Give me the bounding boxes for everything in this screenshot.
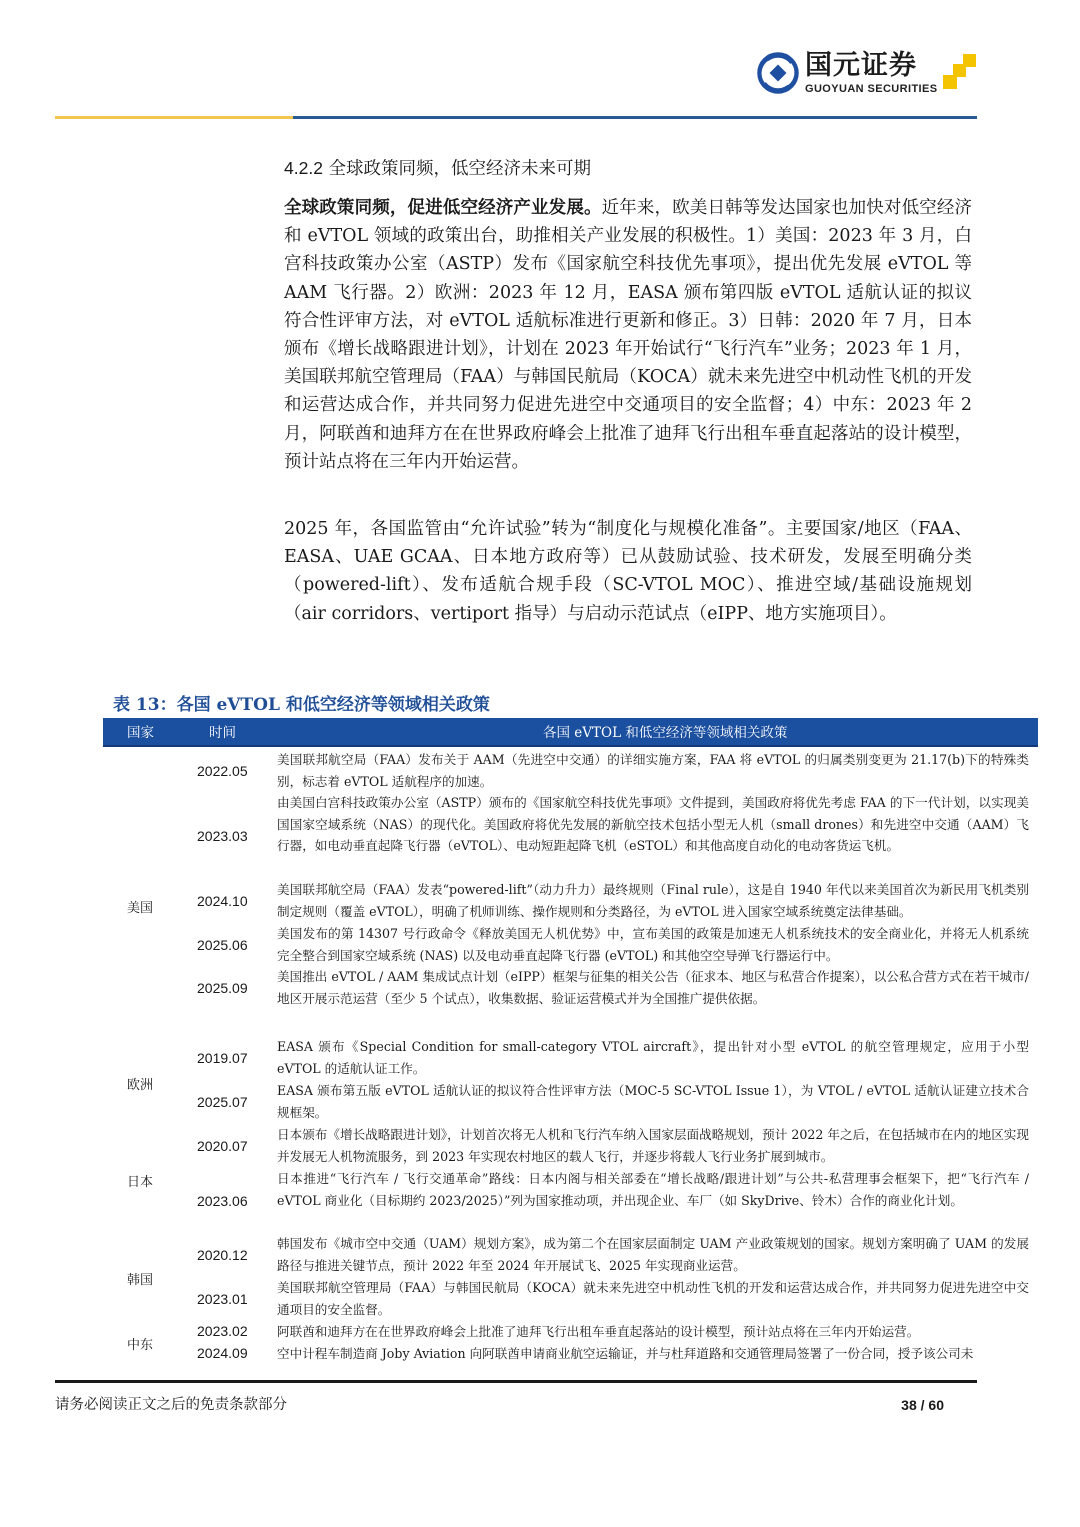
date-cell: 2020.07 [197, 1138, 277, 1154]
policy-cell: 美国发布的第 14307 号行政命令《释放美国无人机优势》中，宣布美国的政策是加… [277, 923, 1029, 966]
policy-cell: EASA 颁布《Special Condition for small-cate… [277, 1036, 1029, 1079]
header-divider [55, 116, 977, 119]
logo-chinese-name: 国元证券 [805, 50, 917, 82]
section-heading: 4.2.2 全球政策同频，低空经济未来可期 [284, 155, 591, 182]
policy-cell: 由美国白宫科技政策办公室（ASTP）颁布的《国家航空科技优先事项》文件提到，美国… [277, 792, 1029, 857]
country-label-korea: 韩国 [127, 1269, 153, 1288]
policy-cell: 美国推出 eVTOL / AAM 集成试点计划（eIPP）框架与征集的相关公告（… [277, 966, 1029, 1009]
policy-cell: 空中计程车制造商 Joby Aviation 向阿联酋申请商业航空运输证，并与杜… [277, 1343, 1029, 1365]
country-label-usa: 美国 [127, 897, 153, 916]
paragraph-body: 2025 年，各国监管由“允许试验”转为“制度化与规模化准备”。主要国家/地区（… [284, 519, 972, 624]
column-header-time: 时间 [209, 724, 236, 742]
page-number: 38 / 60 [880, 1395, 944, 1415]
date-cell: 2023.01 [197, 1291, 277, 1307]
policy-cell: 美国联邦航空局（FAA）发表“powered-lift”（动力升力）最终规则（F… [277, 879, 1029, 922]
column-header-policy: 各国 eVTOL 和低空经济等领域相关政策 [543, 724, 787, 742]
body-paragraph-2: 2025 年，各国监管由“允许试验”转为“制度化与规模化准备”。主要国家/地区（… [284, 515, 972, 628]
policy-cell: 日本颁布《增长战略跟进计划》，计划首次将无人机和飞行汽车纳入国家层面战略规划，预… [277, 1124, 1029, 1167]
date-cell: 2019.07 [197, 1050, 277, 1066]
date-cell: 2020.12 [197, 1247, 277, 1263]
guoyuan-logo-icon [757, 52, 799, 94]
date-cell: 2022.05 [197, 763, 277, 779]
paragraph-body: 近年来，欧美日韩等发达国家也加快对低空经济和 eVTOL 领域的政策出台，助推相… [284, 198, 972, 472]
footer-divider [55, 1380, 977, 1383]
logo-squares-icon [939, 52, 979, 92]
logo-english-name: GUOYUAN SECURITIES [805, 83, 938, 95]
date-cell: 2024.09 [197, 1345, 277, 1361]
policy-cell: 美国联邦航空局（FAA）发布关于 AAM（先进空中交通）的详细实施方案，FAA … [277, 749, 1029, 792]
policy-cell: 美国联邦航空管理局（FAA）与韩国民航局（KOCA）就未来先进空中机动性飞机的开… [277, 1277, 1029, 1320]
date-cell: 2025.09 [197, 980, 277, 996]
policy-table: 国家 时间 各国 eVTOL 和低空经济等领域相关政策 美国 2022.05 美… [103, 718, 1038, 747]
country-label-middle-east: 中东 [127, 1334, 153, 1353]
date-cell: 2025.07 [197, 1094, 277, 1110]
country-label-japan: 日本 [127, 1171, 153, 1190]
paragraph-lead: 全球政策同频，促进低空经济产业发展。 [284, 198, 602, 218]
policy-cell: 阿联酋和迪拜方在在世界政府峰会上批准了迪拜飞行出租车垂直起落站的设计模型，预计站… [277, 1321, 1029, 1343]
table-header-row: 国家 时间 各国 eVTOL 和低空经济等领域相关政策 [103, 718, 1038, 747]
column-header-country: 国家 [127, 724, 154, 742]
section-title-text: 全球政策同频，低空经济未来可期 [329, 159, 592, 179]
date-cell: 2023.03 [197, 828, 277, 844]
date-cell: 2023.06 [197, 1193, 277, 1209]
body-paragraph-1: 全球政策同频，促进低空经济产业发展。近年来，欧美日韩等发达国家也加快对低空经济和… [284, 194, 972, 476]
date-cell: 2023.02 [197, 1323, 277, 1339]
section-number: 4.2.2 [284, 158, 323, 178]
policy-cell: 日本推进“飞行汽车 / 飞行交通革命”路线：日本内阁与相关部委在“增长战略/跟进… [277, 1168, 1029, 1211]
date-cell: 2025.06 [197, 937, 277, 953]
table-caption: 表 13：各国 eVTOL 和低空经济等领域相关政策 [113, 693, 490, 717]
policy-cell: 韩国发布《城市空中交通（UAM）规划方案》，成为第二个在国家层面制定 UAM 产… [277, 1233, 1029, 1276]
policy-cell: EASA 颁布第五版 eVTOL 适航认证的拟议符合性评审方法（MOC-5 SC… [277, 1080, 1029, 1123]
country-label-europe: 欧洲 [127, 1074, 153, 1093]
disclaimer-note: 请务必阅读正文之后的免责条款部分 [55, 1395, 287, 1415]
date-cell: 2024.10 [197, 893, 277, 909]
company-logo: 国元证券 GUOYUAN SECURITIES [757, 50, 979, 100]
